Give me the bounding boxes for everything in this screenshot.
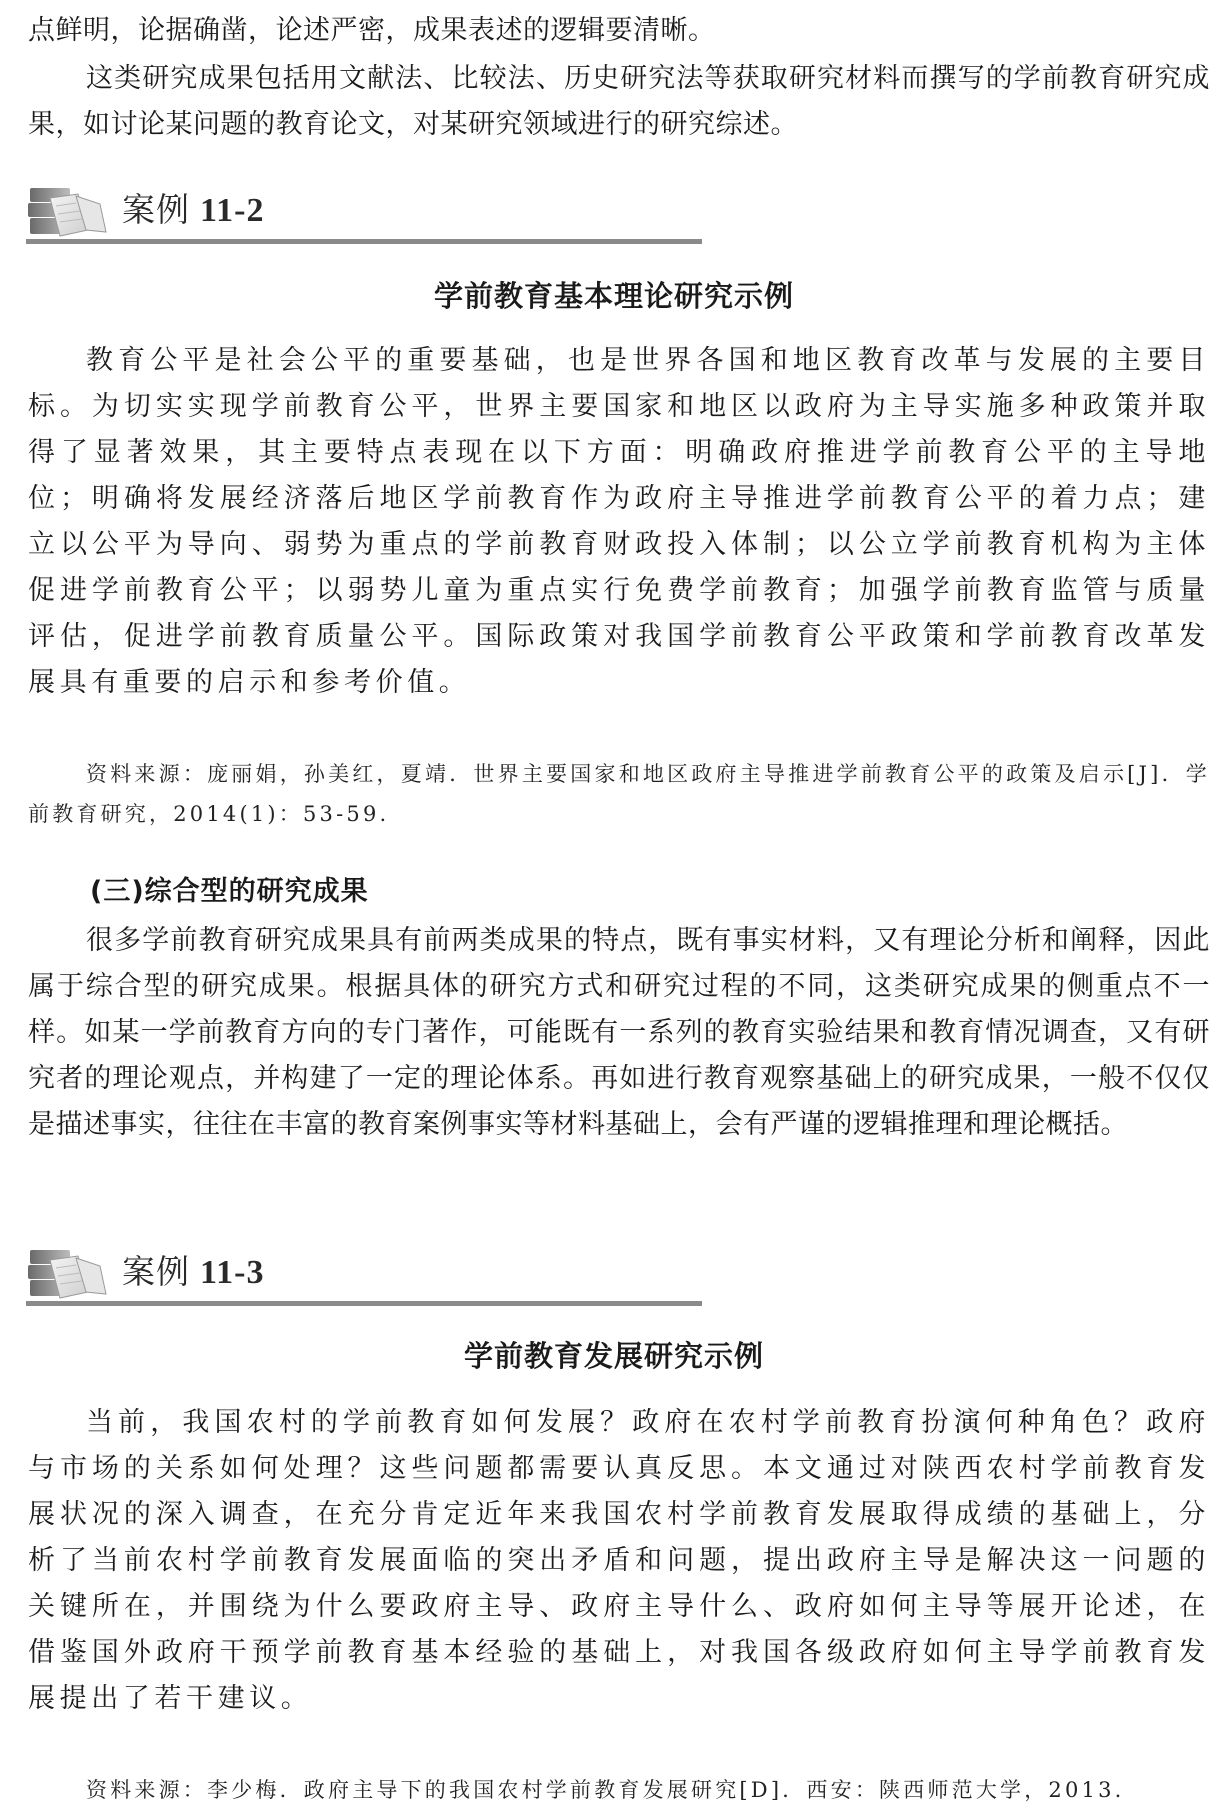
section-3-paragraph: 很多学前教育研究成果具有前两类成果的特点，既有事实材料，又有理论分析和阐释，因此… <box>28 918 1210 1148</box>
case-header-rule <box>26 239 702 244</box>
case-header-11-2: 案例11-2 <box>26 184 706 244</box>
document-page: 点鲜明，论据确凿，论述严密，成果表述的逻辑要清晰。 这类研究成果包括用文献法、比… <box>0 0 1228 1819</box>
case-header-11-3: 案例11-3 <box>26 1246 706 1306</box>
case-number: 11-3 <box>200 1254 264 1291</box>
case-label-text: 案例 <box>122 190 190 229</box>
books-icon <box>26 184 116 238</box>
case-number: 11-2 <box>200 192 264 229</box>
intro-line-end: 点鲜明，论据确凿，论述严密，成果表述的逻辑要清晰。 <box>28 8 1210 54</box>
case-source-11-3: 资料来源：李少梅．政府主导下的我国农村学前教育发展研究[D]．西安：陕西师范大学… <box>28 1770 1210 1810</box>
case-label: 案例11-2 <box>122 188 264 233</box>
case-label-text: 案例 <box>122 1252 190 1291</box>
case-title-11-3: 学前教育发展研究示例 <box>0 1336 1228 1376</box>
case-title-11-2: 学前教育基本理论研究示例 <box>0 276 1228 316</box>
case-body-11-3: 当前，我国农村的学前教育如何发展？政府在农村学前教育扮演何种角色？政府与市场的关… <box>28 1400 1210 1722</box>
case-label: 案例11-3 <box>122 1250 264 1295</box>
case-body-11-2: 教育公平是社会公平的重要基础，也是世界各国和地区教育改革与发展的主要目标。为切实… <box>28 338 1210 706</box>
section-heading-3: (三)综合型的研究成果 <box>90 872 369 912</box>
case-header-rule <box>26 1301 702 1306</box>
case-source-11-2: 资料来源：庞丽娟，孙美红，夏靖．世界主要国家和地区政府主导推进学前教育公平的政策… <box>28 754 1210 834</box>
intro-paragraph: 这类研究成果包括用文献法、比较法、历史研究法等获取研究材料而撰写的学前教育研究成… <box>28 56 1210 148</box>
books-icon <box>26 1246 116 1300</box>
